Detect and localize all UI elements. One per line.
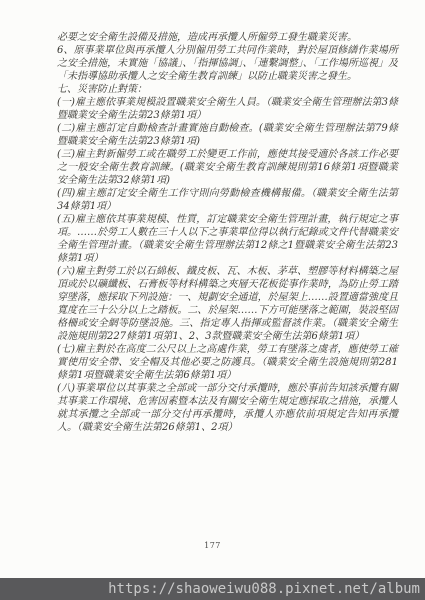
body-paragraph: (四)雇主應訂定安全衛生工作守則向勞動檢查機構報備。（職業安全衛生法第34條第1… (57, 187, 398, 213)
body-paragraph: 七、災害防止對策： (57, 83, 398, 96)
body-paragraph: (二)雇主應訂定自動檢查計畫實施自動檢查。(職業安全衛生管理辦法第79條暨職業安… (57, 122, 398, 148)
document-page: 必要之安全衛生設備及措施，造成再承攬人所僱勞工發生職業災害。 6、原事業單位與再… (0, 0, 425, 600)
body-paragraph: (七)雇主對於在高度二公尺以上之高處作業，勞工有墜落之虞者，應使勞工確實使用安全… (57, 343, 398, 382)
document-body: 必要之安全衛生設備及措施，造成再承攬人所僱勞工發生職業災害。 6、原事業單位與再… (57, 31, 398, 434)
watermark-url: https://shaoweiwu088.pixnet.net/album (108, 578, 425, 600)
body-paragraph: (六)雇主對勞工於以石綿板、鐵皮板、瓦、木板、茅草、塑膠等材料構築之屋頂或於以礦… (57, 265, 398, 343)
body-paragraph: (三)雇主對新僱勞工或在職勞工於變更工作前，應使其接受適於各該工作必要之一般安全… (57, 148, 398, 187)
body-paragraph: (五)雇主應依其事業規模、性質，訂定職業安全衛生管理計畫，執行規定之事項。……於… (57, 213, 398, 265)
watermark-bar: https://shaoweiwu088.pixnet.net/album (0, 578, 425, 600)
body-paragraph: (一)雇主應依事業規模設置職業安全衛生人員。（職業安全衛生管理辦法第3條暨職業安… (57, 96, 398, 122)
body-paragraph: 6、原事業單位與再承攬人分別僱用勞工共同作業時，對於屋頂修繕作業場所之安全措施，… (57, 44, 398, 83)
page-number: 177 (0, 541, 425, 550)
body-paragraph: (八)事業單位以其事業之全部或一部分交付承攬時，應於事前告知該承攬有關其事業工作… (57, 382, 398, 434)
body-paragraph: 必要之安全衛生設備及措施，造成再承攬人所僱勞工發生職業災害。 (57, 31, 398, 44)
